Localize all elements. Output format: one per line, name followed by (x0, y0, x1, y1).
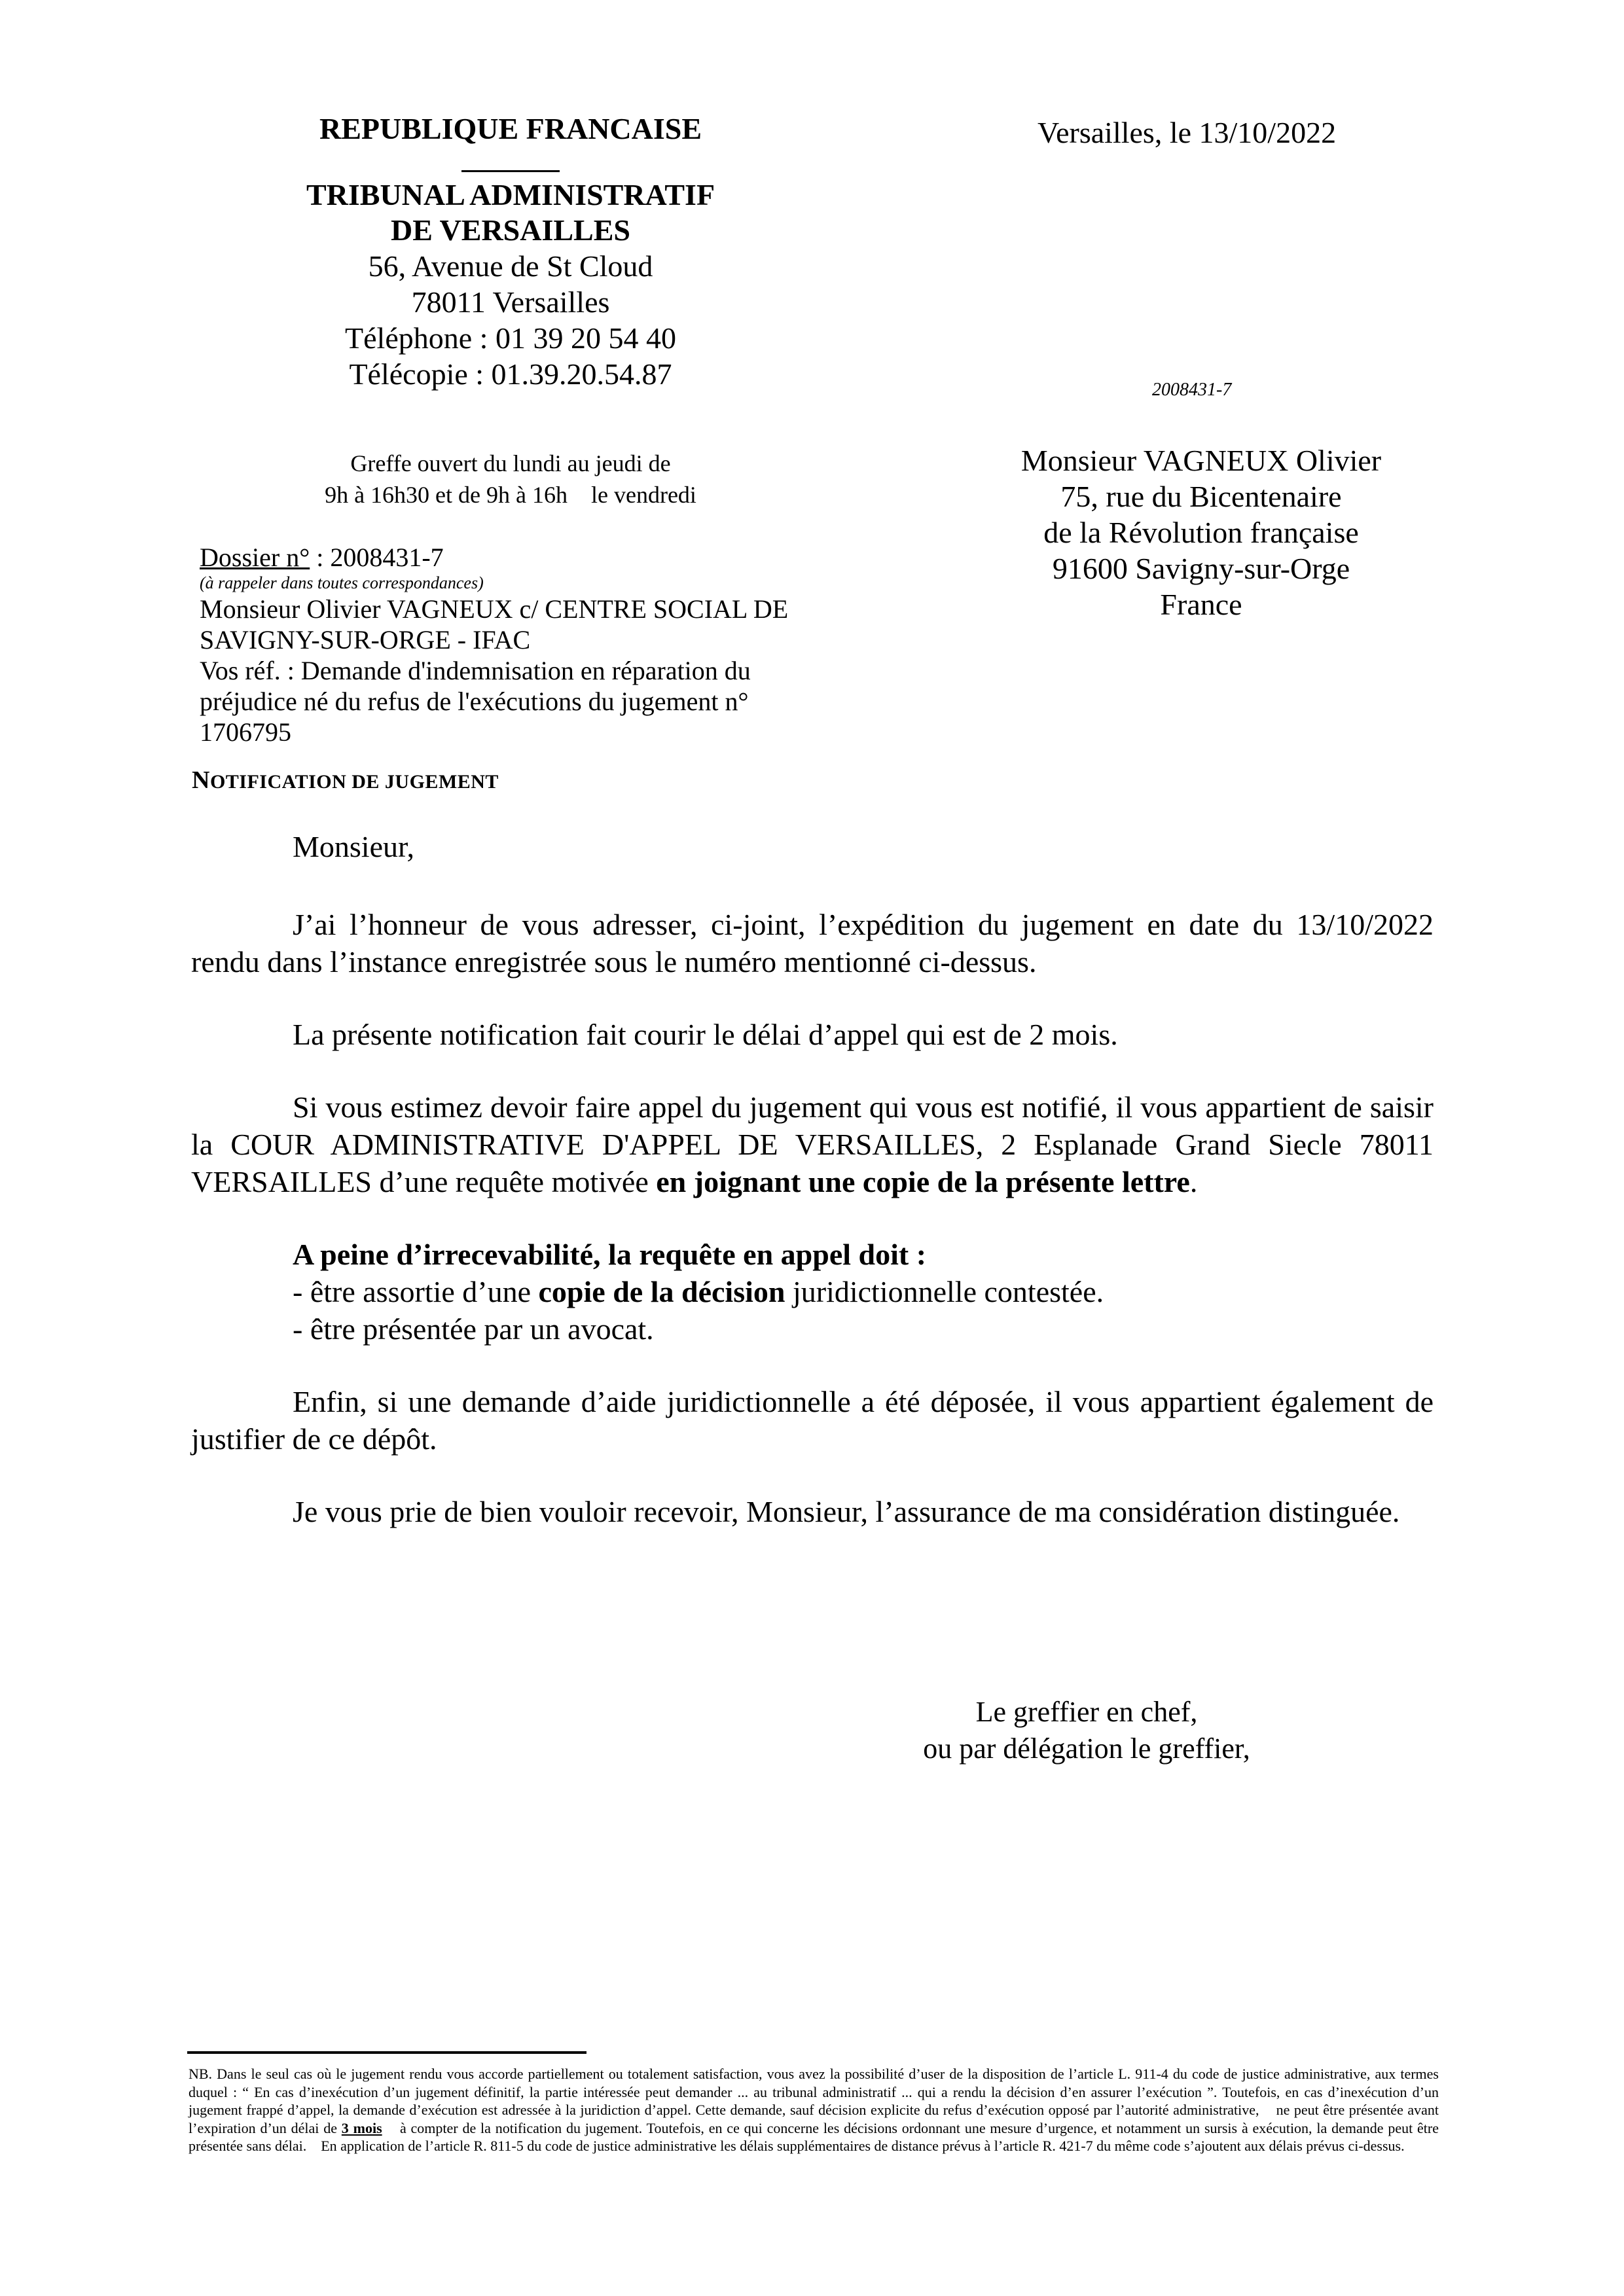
document-type-title: NOTIFICATION DE JUGEMENT (192, 766, 499, 795)
reference-number: 2008431-7 (1152, 380, 1231, 401)
parties-line1: Monsieur Olivier VAGNEUX c/ CENTRE SOCIA… (200, 594, 841, 624)
admissibility-item-1: - être assortie d’une copie de la décisi… (191, 1273, 1434, 1310)
republic-title: REPUBLIQUE FRANCAISE (236, 111, 785, 147)
court-fax: Télécopie : 01.39.20.54.87 (236, 356, 785, 392)
recipient-address: Monsieur VAGNEUX Olivier 75, rue du Bice… (929, 442, 1473, 622)
footnote-separator (187, 2051, 586, 2054)
admissibility-heading-text: A peine d’irrecevabilité, la requête en … (293, 1238, 926, 1271)
admissibility-heading: A peine d’irrecevabilité, la requête en … (191, 1236, 1434, 1273)
paragraph-judgment-sent: J’ai l’honneur de vous adresser, ci-join… (191, 906, 1434, 980)
signature-title: Le greffier en chef, (825, 1694, 1348, 1731)
recipient-street-2: de la Révolution française (929, 514, 1473, 550)
document-type-rest: OTIFICATION DE JUGEMENT (210, 771, 499, 793)
signature-delegation: ou par délégation le greffier, (825, 1731, 1348, 1767)
case-number-note: (à rappeler dans toutes correspondances) (200, 573, 841, 594)
paragraph-appeal-procedure: Si vous estimez devoir faire appel du ju… (191, 1088, 1434, 1200)
document-type-initial: N (192, 766, 210, 794)
header-divider (461, 170, 560, 172)
court-header: REPUBLIQUE FRANCAISE TRIBUNAL ADMINISTRA… (236, 111, 785, 392)
item1-text-end: juridictionnelle contestée. (785, 1275, 1104, 1308)
case-number-line: Dossier n° : 2008431-7 (200, 542, 841, 573)
office-hours-line2: 9h à 16h30 et de 9h à 16h le vendredi (236, 479, 785, 511)
court-name-line1: TRIBUNAL ADMINISTRATIF (236, 177, 785, 213)
parties-line2: SAVIGNY-SUR-ORGE - IFAC (200, 624, 841, 655)
appeal-procedure-end: . (1190, 1165, 1198, 1198)
your-ref-line2: préjudice né du refus de l'exécutions du… (200, 686, 841, 717)
court-phone: Téléphone : 01 39 20 54 40 (236, 320, 785, 356)
item1-emphasis: copie de la décision (539, 1275, 785, 1308)
case-reference-block: Dossier n° : 2008431-7 (à rappeler dans … (200, 542, 841, 747)
signature-block: Le greffier en chef, ou par délégation l… (825, 1694, 1348, 1767)
your-ref-line3: 1706795 (200, 717, 841, 747)
case-number-label: Dossier n° (200, 543, 310, 572)
place-and-date: Versailles, le 13/10/2022 (1038, 115, 1336, 150)
recipient-country: France (929, 586, 1473, 622)
footnote-emphasis: 3 mois (342, 2120, 382, 2136)
office-hours-line1: Greffe ouvert du lundi au jeudi de (236, 448, 785, 479)
paragraph-legal-aid: Enfin, si une demande d’aide juridiction… (191, 1383, 1434, 1458)
recipient-name: Monsieur VAGNEUX Olivier (929, 442, 1473, 478)
recipient-street: 75, rue du Bicentenaire (929, 478, 1473, 514)
admissibility-item-2: - être présentée par un avocat. (191, 1310, 1434, 1348)
court-address-street: 56, Avenue de St Cloud (236, 248, 785, 284)
appeal-procedure-emphasis: en joignant une copie de la présente let… (656, 1165, 1190, 1198)
footnote: NB. Dans le seul cas où le jugement rend… (189, 2065, 1439, 2155)
court-address-city: 78011 Versailles (236, 284, 785, 320)
paragraph-closing: Je vous prie de bien vouloir recevoir, M… (191, 1493, 1434, 1530)
letter-body: Monsieur, J’ai l’honneur de vous adresse… (191, 828, 1434, 1530)
recipient-city: 91600 Savigny-sur-Orge (929, 550, 1473, 586)
salutation: Monsieur, (191, 828, 1434, 865)
office-hours: Greffe ouvert du lundi au jeudi de 9h à … (236, 448, 785, 511)
court-name-line2: DE VERSAILLES (236, 213, 785, 248)
item1-text: - être assortie d’une (293, 1275, 539, 1308)
case-number: : 2008431-7 (310, 543, 443, 572)
your-ref-line1: Vos réf. : Demande d'indemnisation en ré… (200, 655, 841, 686)
paragraph-appeal-delay: La présente notification fait courir le … (191, 1016, 1434, 1053)
